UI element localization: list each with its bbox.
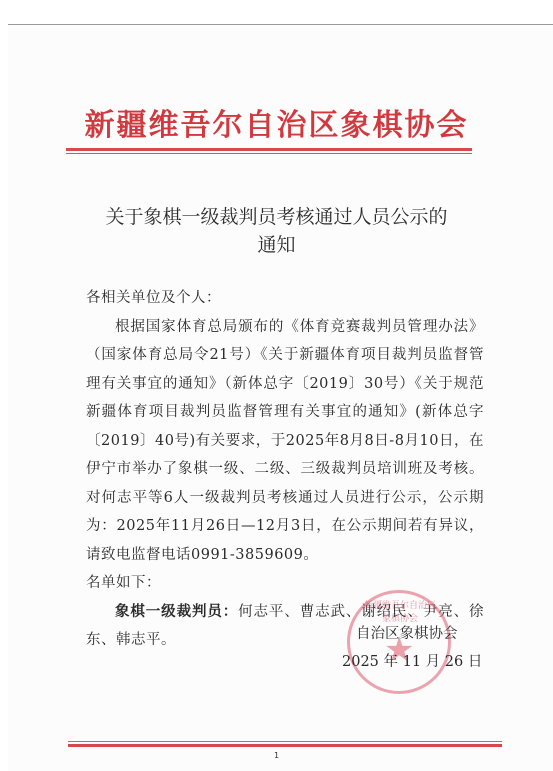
list-intro: 名单如下： [86, 569, 484, 598]
salutation: 各相关单位及个人： [86, 284, 484, 313]
signature-organization: 自治区象棋协会 [342, 620, 482, 648]
footer-rule-thick [68, 744, 502, 747]
letterhead-red-rule [66, 148, 472, 154]
red-rule-thick [66, 148, 472, 151]
footer-rule-thin [68, 741, 502, 742]
signature-date: 2025 年 11 月 26 日 [342, 648, 482, 676]
main-paragraph: 根据国家体育总局颁布的《体育竞赛裁判员管理办法》（国家体育总局令21号）《关于新… [86, 313, 484, 570]
document-title-line1: 关于象棋一级裁判员考核通过人员公示的 [0, 203, 553, 231]
footer-red-rule [68, 741, 502, 747]
letterhead-title: 新疆维吾尔自治区象棋协会 [0, 100, 553, 144]
document-title: 关于象棋一级裁判员考核通过人员公示的 通知 [0, 203, 553, 259]
red-rule-thin [66, 153, 472, 154]
signature-block: 自治区象棋协会 2025 年 11 月 26 日 [342, 620, 482, 676]
referee-list-label: 象棋一级裁判员： [115, 603, 238, 620]
document-title-line2: 通知 [0, 231, 553, 259]
page-number: 1 [0, 751, 553, 760]
